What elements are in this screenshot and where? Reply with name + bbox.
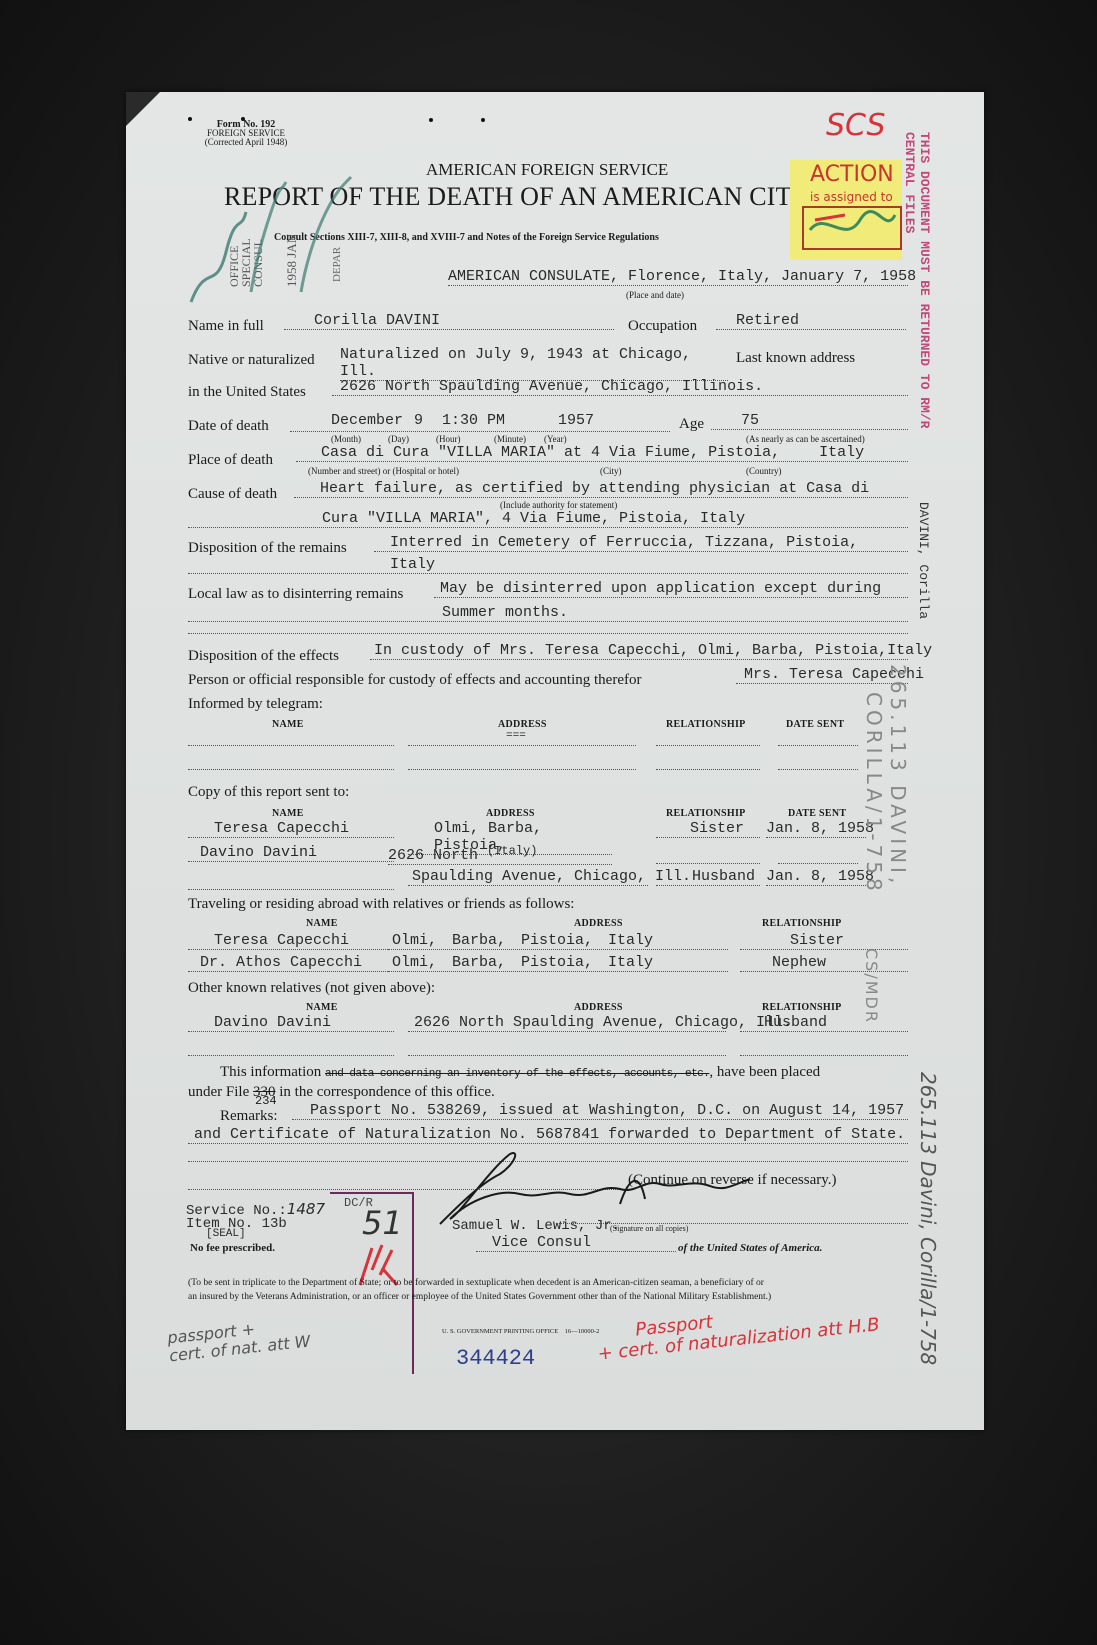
form-number-block: Form No. 192 FOREIGN SERVICE (Corrected … bbox=[186, 120, 306, 147]
caption-year: (Year) bbox=[544, 434, 567, 444]
copy-row-3-address: Spaulding Avenue, Chicago, Ill. bbox=[408, 868, 648, 886]
pencil-note: passport + cert. of nat. att W bbox=[167, 1315, 312, 1366]
death-year: 1957 bbox=[558, 412, 594, 429]
caption-day: (Day) bbox=[388, 434, 409, 444]
handwritten-routing-notes bbox=[186, 172, 356, 312]
copy-row-2-address-note: (Italy) bbox=[487, 844, 537, 858]
place-and-date-caption: (Place and date) bbox=[626, 290, 684, 300]
signature-caption: (Signature on all copies) bbox=[610, 1224, 688, 1233]
telegram-header-address: ADDRESS bbox=[498, 719, 547, 730]
punch-hole bbox=[429, 118, 433, 122]
distribution-note-line1: (To be sent in triplicate to the Departm… bbox=[188, 1276, 918, 1290]
occupation-value: Retired bbox=[716, 312, 906, 330]
copy-header-date: DATE SENT bbox=[788, 808, 846, 819]
telegram-line bbox=[408, 744, 636, 746]
death-report-document: Form No. 192 FOREIGN SERVICE (Corrected … bbox=[126, 92, 984, 1430]
printing-office: U. S. GOVERNMENT PRINTING OFFICE 16—1000… bbox=[442, 1328, 599, 1335]
telegram-line bbox=[408, 768, 636, 770]
place-of-death-country: Italy bbox=[819, 444, 864, 461]
form-corrected: (Corrected April 1948) bbox=[186, 138, 306, 147]
death-day: 9 bbox=[414, 412, 423, 429]
action-scribble bbox=[805, 200, 900, 250]
local-law-value-2: Summer months. bbox=[188, 604, 908, 622]
date-of-death-line bbox=[290, 430, 670, 432]
native-value: Naturalized on July 9, 1943 at Chicago, … bbox=[340, 346, 728, 381]
remains-value-2: Italy bbox=[188, 556, 908, 574]
item-number-value: 13b bbox=[262, 1216, 287, 1232]
folded-corner bbox=[126, 92, 160, 126]
info-line-1-start: This information bbox=[220, 1064, 321, 1080]
caption-hour: (Hour) bbox=[436, 434, 461, 444]
traveling-label: Traveling or residing abroad with relati… bbox=[188, 896, 574, 913]
side-name-stamp: DAVINI, Corilla bbox=[916, 502, 931, 619]
copy-row-2-address: 2626 North (Italy) bbox=[388, 844, 612, 865]
file-stamp-number: 265.113 DAVINI, bbox=[886, 664, 910, 887]
copy-line bbox=[188, 888, 394, 890]
telegram-line bbox=[656, 744, 760, 746]
info-line-2-end: in the correspondence of this office. bbox=[279, 1084, 494, 1100]
in-us-label: in the United States bbox=[188, 384, 306, 401]
telegram-line bbox=[778, 744, 858, 746]
traveling-row-1-name: Teresa Capecchi bbox=[188, 932, 388, 950]
copy-line bbox=[656, 862, 760, 864]
other-row-1-relationship: Husband bbox=[740, 1014, 908, 1032]
telegram-header-name: NAME bbox=[272, 719, 304, 730]
other-header-relationship: RELATIONSHIP bbox=[762, 1002, 842, 1013]
file-stamp-cs-mdr: CS/MDR bbox=[862, 948, 881, 1024]
blank-line bbox=[188, 632, 908, 634]
death-month: December bbox=[331, 412, 403, 429]
remarks-line-1: Passport No. 538269, issued at Washingto… bbox=[292, 1102, 908, 1120]
caption-minute: (Minute) bbox=[494, 434, 526, 444]
telegram-label: Informed by telegram: bbox=[188, 696, 323, 713]
traveling-row-2-address: Olmi, Barba, Pistoia, Italy bbox=[388, 954, 728, 972]
other-header-name: NAME bbox=[306, 1002, 338, 1013]
caption-age: (As nearly as can be ascertained) bbox=[746, 434, 865, 444]
return-stamp-line1: THIS DOCUMENT MUST BE RETURNED bbox=[917, 132, 932, 366]
local-law-value-1: May be disinterred upon application exce… bbox=[434, 580, 908, 598]
caption-city: (City) bbox=[600, 466, 622, 476]
other-row-1-address: 2626 North Spaulding Avenue, Chicago, Il… bbox=[408, 1014, 726, 1032]
copy-line bbox=[778, 862, 858, 864]
copy-sent-label: Copy of this report sent to: bbox=[188, 784, 349, 801]
traveling-header-relationship: RELATIONSHIP bbox=[762, 918, 842, 929]
name-value: Corilla DAVINI bbox=[284, 312, 614, 330]
age-label: Age bbox=[679, 416, 704, 433]
copy-row-2-name: Davino Davini bbox=[188, 844, 394, 862]
traveling-row-2-relationship: Nephew bbox=[740, 954, 908, 972]
place-of-death-text: Casa di Cura "VILLA MARIA" at 4 Via Fium… bbox=[321, 444, 780, 461]
file-stamp-name: CORILLA/1-758 bbox=[862, 692, 886, 895]
remarks-label: Remarks: bbox=[220, 1108, 278, 1125]
place-of-death-label: Place of death bbox=[188, 452, 273, 469]
traveling-header-name: NAME bbox=[306, 918, 338, 929]
other-line bbox=[408, 1054, 726, 1056]
info-struck-text: and data concerning an inventory of the … bbox=[325, 1068, 709, 1080]
traveling-row-1-relationship: Sister bbox=[740, 932, 908, 950]
in-us-address-value: 2626 North Spaulding Avenue, Chicago, Il… bbox=[332, 378, 908, 396]
action-sticker: ACTION is assigned to bbox=[790, 160, 902, 260]
remains-label: Disposition of the remains bbox=[188, 540, 347, 557]
effects-label: Disposition of the effects bbox=[188, 648, 339, 665]
distribution-note: (To be sent in triplicate to the Departm… bbox=[188, 1276, 918, 1304]
other-line bbox=[188, 1054, 394, 1056]
last-address-label: Last known address bbox=[736, 350, 855, 367]
cause-of-death-value-2: Cura "VILLA MARIA", 4 Via Fiume, Pistoia… bbox=[188, 510, 908, 528]
remains-value-1: Interred in Cemetery of Ferruccia, Tizza… bbox=[374, 534, 908, 552]
traveling-header-address: ADDRESS bbox=[574, 918, 623, 929]
caption-country: (Country) bbox=[746, 466, 782, 476]
local-law-label: Local law as to disinterring remains bbox=[188, 586, 403, 603]
telegram-line bbox=[188, 768, 394, 770]
service-number-value: 1487 bbox=[287, 1200, 325, 1218]
telegram-line bbox=[778, 768, 858, 770]
agency-heading: AMERICAN FOREIGN SERVICE bbox=[426, 160, 668, 180]
name-label: Name in full bbox=[188, 318, 264, 335]
no-fee-note: No fee prescribed. bbox=[190, 1242, 275, 1254]
telegram-header-relationship: RELATIONSHIP bbox=[666, 719, 746, 730]
traveling-row-2-name: Dr. Athos Capecchi bbox=[188, 954, 388, 972]
cause-of-death-label: Cause of death bbox=[188, 486, 277, 503]
cause-caption: (Include authority for statement) bbox=[500, 500, 617, 510]
info-line-1-end: , have been placed bbox=[709, 1064, 820, 1080]
handwritten-file-number: 265.113 Davini, Corilla/1-758 bbox=[916, 1072, 940, 1365]
copy-row-3-relationship: Husband bbox=[656, 868, 760, 886]
occupation-label: Occupation bbox=[628, 318, 697, 335]
place-and-date-value: AMERICAN CONSULATE, Florence, Italy, Jan… bbox=[448, 268, 908, 286]
copy-row-2-address-text: 2626 North bbox=[388, 847, 478, 864]
seal-mark: [SEAL] bbox=[206, 1228, 246, 1240]
other-header-address: ADDRESS bbox=[574, 1002, 623, 1013]
copy-row-1-name: Teresa Capecchi bbox=[188, 820, 394, 838]
remarks-line-2: and Certificate of Naturalization No. 56… bbox=[188, 1126, 908, 1144]
copy-header-name: NAME bbox=[272, 808, 304, 819]
copy-row-1-relationship: Sister bbox=[656, 820, 760, 838]
file-number-new: 234 bbox=[255, 1094, 277, 1108]
telegram-row-address: === bbox=[506, 730, 526, 742]
caption-month: (Month) bbox=[331, 434, 361, 444]
date-of-death-label: Date of death bbox=[188, 418, 269, 435]
native-label: Native or naturalized bbox=[188, 352, 315, 369]
signer-title: Vice Consul bbox=[476, 1234, 676, 1252]
other-row-1-name: Davino Davini bbox=[188, 1014, 394, 1032]
info-line-2-start: under File bbox=[188, 1084, 249, 1100]
action-title: ACTION bbox=[810, 162, 894, 187]
other-relatives-label: Other known relatives (not given above): bbox=[188, 980, 435, 997]
custody-label: Person or official responsible for custo… bbox=[188, 672, 641, 689]
telegram-header-date: DATE SENT bbox=[786, 719, 844, 730]
red-scs-mark: SCS bbox=[826, 108, 886, 143]
place-of-death-value: Casa di Cura "VILLA MARIA" at 4 Via Fium… bbox=[296, 444, 908, 462]
copy-header-relationship: RELATIONSHIP bbox=[666, 808, 746, 819]
red-pencil-note: Passport + cert. of naturalization att H… bbox=[595, 1295, 881, 1364]
serial-number: 344424 bbox=[456, 1346, 535, 1371]
of-united-states: of the United States of America. bbox=[678, 1242, 822, 1254]
death-time: 1:30 PM bbox=[442, 412, 505, 429]
cause-of-death-value-1: Heart failure, as certified by attending… bbox=[294, 480, 908, 498]
telegram-line bbox=[188, 744, 394, 746]
file-number: 330 234 bbox=[253, 1084, 276, 1101]
caption-street: (Number and street) or (Hospital or hote… bbox=[308, 466, 459, 476]
punch-hole bbox=[481, 118, 485, 122]
stamp-number-51: 51 bbox=[362, 1204, 403, 1242]
info-line-1: This information and data concerning an … bbox=[220, 1064, 820, 1081]
traveling-row-1-address: Olmi, Barba, Pistoia, Italy bbox=[388, 932, 728, 950]
other-line bbox=[740, 1054, 908, 1056]
copy-row-3-date: Jan. 8, 1958 bbox=[766, 868, 866, 886]
age-value: 75 bbox=[711, 412, 908, 430]
copy-row-1-date: Jan. 8, 1958 bbox=[766, 820, 866, 838]
custody-value: Mrs. Teresa Capecchi bbox=[736, 666, 908, 684]
signer-name: Samuel W. Lewis, Jr. bbox=[452, 1218, 620, 1234]
telegram-line bbox=[656, 768, 760, 770]
copy-header-address: ADDRESS bbox=[486, 808, 535, 819]
effects-value: In custody of Mrs. Teresa Capecchi, Olmi… bbox=[370, 642, 908, 660]
info-line-2: under File 330 234 in the correspondence… bbox=[188, 1084, 495, 1101]
